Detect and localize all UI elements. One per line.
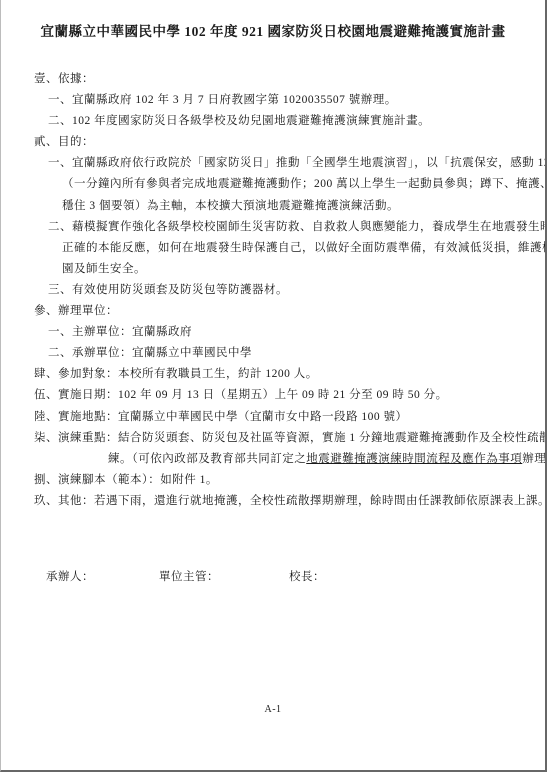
text-segment: 三、有效使用防災頭套及防災包等防護器材。 bbox=[48, 284, 288, 296]
text-line: 練。（可依內政部及教育部共同訂定之地震避難掩護演練時間流程及應作為事項辦理） bbox=[1, 449, 545, 470]
text-segment: 伍、實施日期：102 年 09 月 13 日（星期五）上午 09 時 21 分至… bbox=[34, 389, 448, 401]
text-segment: 一、宜蘭縣政府 102 年 3 月 7 日府教國字第 1020035507 號辦… bbox=[48, 94, 397, 106]
text-segment: 貳、目的： bbox=[34, 136, 94, 148]
text-line: 肆、參加對象：本校所有教職員工生，約計 1200 人。 bbox=[1, 364, 545, 385]
text-line: 柒、演練重點：結合防災頭套、防災包及社區等資源，實施 1 分鐘地震避難掩護動作及… bbox=[1, 428, 545, 449]
text-line: 壹、依據： bbox=[1, 69, 545, 90]
text-line: 一、宜蘭縣政府 102 年 3 月 7 日府教國字第 1020035507 號辦… bbox=[1, 90, 545, 111]
text-segment: 一、宜蘭縣政府依行政院於「國家防災日」推動「全國學生地震演習」，以「抗震保安，感… bbox=[48, 157, 547, 169]
document-title: 宜蘭縣立中華國民中學 102 年度 921 國家防災日校園地震避難掩護實施計畫 bbox=[1, 20, 545, 40]
text-segment: 壹、依據： bbox=[34, 73, 94, 85]
text-segment: 一、主辦單位：宜蘭縣政府 bbox=[48, 326, 192, 338]
text-line: 一、主辦單位：宜蘭縣政府 bbox=[1, 322, 545, 343]
text-segment: 辦理） bbox=[522, 453, 547, 465]
text-segment: 捌、演練腳本（範本）：如附件 1。 bbox=[34, 474, 218, 486]
signature-row: 承辦人： 單位主管： 校長： bbox=[1, 568, 545, 590]
text-line: 穩住 3 個要領）為主軸，本校擴大預演地震避難掩護演練活動。 bbox=[1, 196, 545, 217]
text-segment: 園及師生安全。 bbox=[62, 263, 146, 275]
text-line: 三、有效使用防災頭套及防災包等防護器材。 bbox=[1, 280, 545, 301]
text-line: （一分鐘內所有參與者完成地震避難掩護動作；200 萬以上學生一起動員參與；蹲下、… bbox=[1, 174, 545, 195]
text-line: 園及師生安全。 bbox=[1, 259, 545, 280]
text-segment: 練。（可依內政部及教育部共同訂定之 bbox=[108, 453, 306, 465]
text-line: 陸、實施地點：宜蘭縣立中華國民中學（宜蘭市女中路一段路 100 號） bbox=[1, 407, 545, 428]
text-segment: 陸、實施地點：宜蘭縣立中華國民中學（宜蘭市女中路一段路 100 號） bbox=[34, 411, 408, 423]
text-line: 貳、目的： bbox=[1, 132, 545, 153]
text-segment: 肆、參加對象：本校所有教職員工生，約計 1200 人。 bbox=[34, 368, 318, 380]
text-line: 捌、演練腳本（範本）：如附件 1。 bbox=[1, 470, 545, 491]
document-body: 壹、依據：一、宜蘭縣政府 102 年 3 月 7 日府教國字第 10200355… bbox=[1, 69, 545, 512]
text-line: 伍、實施日期：102 年 09 月 13 日（星期五）上午 09 時 21 分至… bbox=[1, 385, 545, 406]
text-segment: 二、承辦單位：宜蘭縣立中華國民中學 bbox=[48, 347, 252, 359]
text-line: 參、辦理單位： bbox=[1, 301, 545, 322]
signature-undertaker-label: 承辦人： bbox=[46, 568, 94, 584]
text-segment: 玖、其他：若遇下雨，還進行就地掩護，全校性疏散擇期辦理，餘時間由任課教師依原課表… bbox=[34, 495, 547, 507]
signature-principal-label: 校長： bbox=[289, 568, 325, 584]
text-segment: 參、辦理單位： bbox=[34, 305, 118, 317]
text-line: 玖、其他：若遇下雨，還進行就地掩護，全校性疏散擇期辦理，餘時間由任課教師依原課表… bbox=[1, 491, 545, 512]
document-page: 宜蘭縣立中華國民中學 102 年度 921 國家防災日校園地震避難掩護實施計畫 … bbox=[0, 0, 547, 772]
text-segment: 二、藉模擬實作強化各級學校校園師生災害防救、自救救人與應變能力，養成學生在地震發… bbox=[48, 221, 547, 233]
text-line: 正確的本能反應，如何在地震發生時保護自己，以做好全面防震準備，有效減低災損，維護… bbox=[1, 238, 545, 259]
text-segment: 正確的本能反應，如何在地震發生時保護自己，以做好全面防震準備，有效減低災損，維護… bbox=[62, 242, 547, 254]
text-line: 二、承辦單位：宜蘭縣立中華國民中學 bbox=[1, 343, 545, 364]
text-segment: （一分鐘內所有參與者完成地震避難掩護動作；200 萬以上學生一起動員參與；蹲下、… bbox=[62, 178, 547, 190]
page-number: A-1 bbox=[1, 704, 545, 715]
text-segment: 二、102 年度國家防災日各級學校及幼兒園地震避難掩護演練實施計畫。 bbox=[48, 115, 430, 127]
signature-unit-supervisor-label: 單位主管： bbox=[159, 568, 219, 584]
text-line: 一、宜蘭縣政府依行政院於「國家防災日」推動「全國學生地震演習」，以「抗震保安，感… bbox=[1, 153, 545, 174]
text-line: 二、藉模擬實作強化各級學校校園師生災害防救、自救救人與應變能力，養成學生在地震發… bbox=[1, 217, 545, 238]
text-segment: 柒、演練重點：結合防災頭套、防災包及社區等資源，實施 1 分鐘地震避難掩護動作及… bbox=[34, 432, 547, 444]
text-segment: 穩住 3 個要領）為主軸，本校擴大預演地震避難掩護演練活動。 bbox=[62, 200, 399, 212]
underlined-text: 地震避難掩護演練時間流程及應作為事項 bbox=[306, 453, 522, 465]
text-line: 二、102 年度國家防災日各級學校及幼兒園地震避難掩護演練實施計畫。 bbox=[1, 111, 545, 132]
